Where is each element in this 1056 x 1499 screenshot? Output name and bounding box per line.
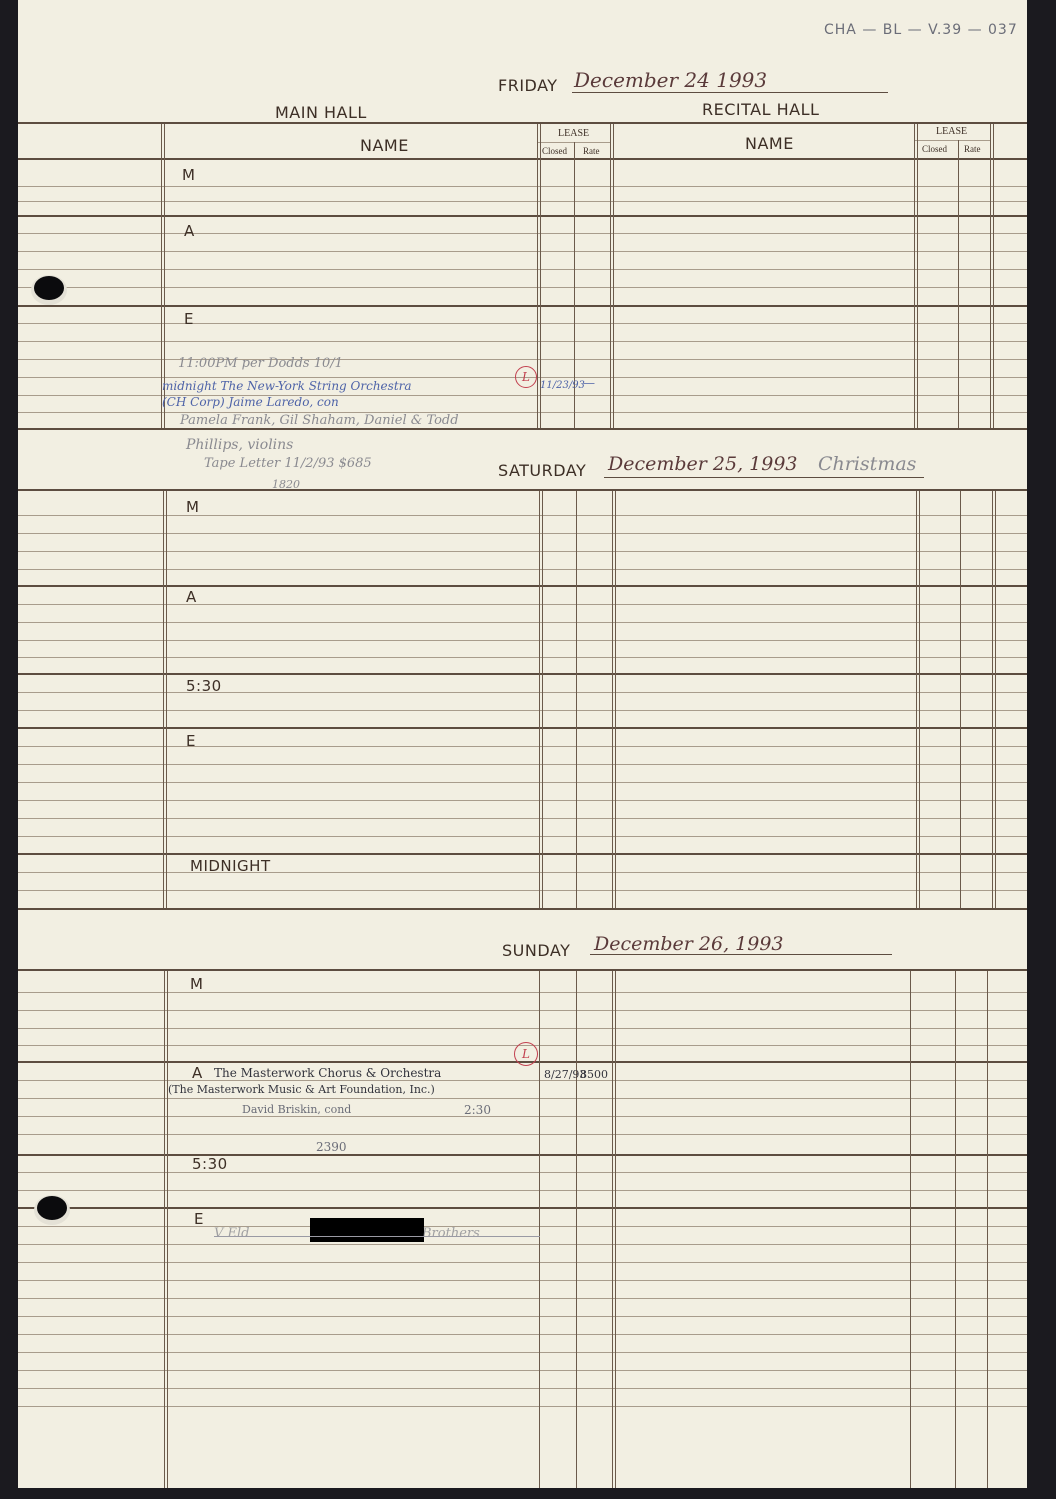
ruled-line [18, 515, 1027, 516]
date-underline [572, 92, 888, 93]
entry-line: David Briskin, cond [242, 1103, 351, 1116]
ruled-line [18, 1207, 1027, 1209]
lease-rate-value: 8500 [580, 1068, 608, 1081]
slot-e-sunday: E [194, 1210, 204, 1228]
entry-line: Phillips, violins [186, 437, 293, 453]
column-divider [910, 971, 911, 1488]
ruled-line [18, 215, 1027, 217]
ruled-line [18, 533, 1027, 534]
ruled-line [18, 1352, 1027, 1353]
ruled-line [18, 412, 1027, 413]
ruled-line [18, 341, 1027, 342]
day-date-sunday: December 26, 1993 [594, 933, 784, 955]
ruled-line [18, 746, 1027, 747]
entry-line: (CH Corp) Jaime Laredo, con [162, 395, 339, 409]
main-hall-header: MAIN HALL [275, 103, 367, 122]
day-note-saturday: Christmas [818, 453, 916, 475]
rate-header-recital: Rate [964, 144, 981, 154]
ruled-line [18, 992, 1027, 993]
ruled-line [18, 1370, 1027, 1371]
ruled-line [18, 692, 1027, 693]
column-divider [960, 491, 961, 908]
ruled-line [18, 782, 1027, 783]
column-divider [610, 124, 611, 428]
ruled-line [18, 1316, 1027, 1317]
entry-line: 11:00PM per Dodds 10/1 [178, 356, 343, 371]
ruled-line [18, 818, 1027, 819]
entry-line: The Masterwork Chorus & Orchestra [214, 1066, 441, 1080]
entry-line: midnight The New-York String Orchestra [162, 379, 412, 393]
slot-a-friday: A [184, 222, 195, 240]
ruled-line [590, 954, 892, 955]
schedule-page: CHA — BL — V.39 — 037 FRIDAY December 24… [18, 0, 1027, 1488]
ruled-line [18, 969, 1027, 971]
slot-a-sunday: A [192, 1064, 203, 1082]
lease-header-recital: LEASE [936, 126, 967, 137]
column-divider [990, 124, 991, 428]
ruled-line [18, 908, 1027, 910]
reference-code: CHA — BL — V.39 — 037 [824, 22, 1018, 38]
column-divider [163, 491, 164, 908]
entry-line-struck: Brothers [422, 1226, 480, 1241]
ruled-line [18, 710, 1027, 711]
redaction-box [310, 1218, 424, 1242]
slot-530-saturday: 5:30 [186, 677, 222, 695]
ruled-line [18, 1388, 1027, 1389]
slot-m-saturday: M [186, 498, 199, 516]
ruled-line [18, 1406, 1027, 1407]
column-divider [612, 491, 613, 908]
day-label-saturday: SATURDAY [498, 461, 586, 480]
entry-line: 2:30 [464, 1103, 491, 1117]
header-bottom-border [18, 158, 1027, 160]
entry-line: Tape Letter 11/2/93 $685 [204, 456, 372, 471]
ruled-line [18, 604, 1027, 605]
slot-m-sunday: M [190, 975, 203, 993]
lease-mark-circle: L [515, 366, 537, 388]
ruled-line [18, 287, 1027, 288]
entry-line: 2390 [316, 1140, 347, 1154]
ruled-line [18, 323, 1027, 324]
ruled-line [18, 1116, 1027, 1117]
ruled-line [18, 890, 1027, 891]
recital-hall-header: RECITAL HALL [702, 100, 819, 119]
header-top-border [18, 122, 1027, 124]
day-label-friday: FRIDAY [498, 76, 558, 95]
ruled-line [18, 1134, 1027, 1135]
slot-530-sunday: 5:30 [192, 1155, 228, 1173]
ruled-line [18, 622, 1027, 623]
ruled-line [18, 1262, 1027, 1263]
day-label-sunday: SUNDAY [502, 941, 570, 960]
column-divider [576, 971, 577, 1488]
column-divider [916, 491, 917, 908]
column-divider [576, 491, 577, 908]
column-divider [612, 971, 613, 1488]
lease-header-main: LEASE [558, 128, 589, 139]
ruled-line [18, 764, 1027, 765]
ruled-line [18, 1280, 1027, 1281]
ruled-line [18, 551, 1027, 552]
name-header-recital: NAME [745, 134, 794, 153]
slot-e-friday: E [184, 310, 194, 328]
strikethrough-line [214, 1236, 540, 1237]
entry-line: (The Masterwork Music & Art Foundation, … [168, 1083, 435, 1096]
ruled-line [18, 269, 1027, 270]
ruled-line [18, 657, 1027, 658]
ruled-line [18, 640, 1027, 641]
day-date-friday: December 24 1993 [574, 68, 767, 92]
closed-header-recital: Closed [922, 144, 947, 154]
lease-subdivider [915, 140, 990, 141]
ruled-line [18, 305, 1027, 307]
ruled-line [18, 1154, 1027, 1156]
name-header-main: NAME [360, 136, 409, 155]
ruled-line [18, 836, 1027, 837]
ruled-line [18, 428, 1027, 430]
ruled-line [18, 727, 1027, 729]
ruled-line [18, 1190, 1027, 1191]
punch-hole [34, 276, 64, 300]
day-date-saturday: December 25, 1993 [608, 453, 798, 475]
ruled-line [18, 1028, 1027, 1029]
ruled-line [18, 359, 1027, 360]
ruled-line [18, 800, 1027, 801]
ruled-line [18, 201, 1027, 202]
slot-e-saturday: E [186, 732, 196, 750]
column-divider [539, 971, 540, 1488]
ruled-line [604, 477, 924, 478]
ruled-line [18, 872, 1027, 873]
closed-header-main: Closed [542, 146, 567, 156]
lease-rate-value: — [583, 376, 595, 390]
ruled-line [18, 673, 1027, 675]
ruled-line [18, 1226, 1027, 1227]
slot-m-friday: M [182, 166, 195, 184]
ruled-line [18, 1334, 1027, 1335]
column-divider [539, 491, 540, 908]
slot-midnight-saturday: MIDNIGHT [190, 857, 271, 875]
ruled-line [18, 569, 1027, 570]
ruled-line [18, 1098, 1027, 1099]
ruled-line [18, 585, 1027, 587]
lease-mark-circle: L [514, 1042, 538, 1066]
punch-hole [37, 1196, 67, 1220]
ruled-line [18, 186, 1027, 187]
ruled-line [18, 1172, 1027, 1173]
column-divider [992, 491, 993, 908]
column-divider [958, 140, 959, 428]
lease-closed-value: 11/23/93 [540, 380, 585, 391]
column-divider [955, 971, 956, 1488]
column-divider [164, 971, 165, 1488]
ruled-line [18, 233, 1027, 234]
column-divider [987, 971, 988, 1488]
ruled-line [18, 1010, 1027, 1011]
entry-line-struck: V Eld [214, 1226, 250, 1241]
ruled-line [18, 1080, 1027, 1081]
ruled-line [18, 1298, 1027, 1299]
ruled-line [18, 489, 1027, 491]
ruled-line [18, 1244, 1027, 1245]
column-divider [914, 124, 915, 428]
entry-line: Pamela Frank, Gil Shaham, Daniel & Todd [180, 413, 459, 428]
ruled-line [18, 251, 1027, 252]
column-divider [537, 124, 538, 428]
ruled-line [18, 853, 1027, 855]
rate-header-main: Rate [583, 146, 600, 156]
slot-a-saturday: A [186, 588, 197, 606]
